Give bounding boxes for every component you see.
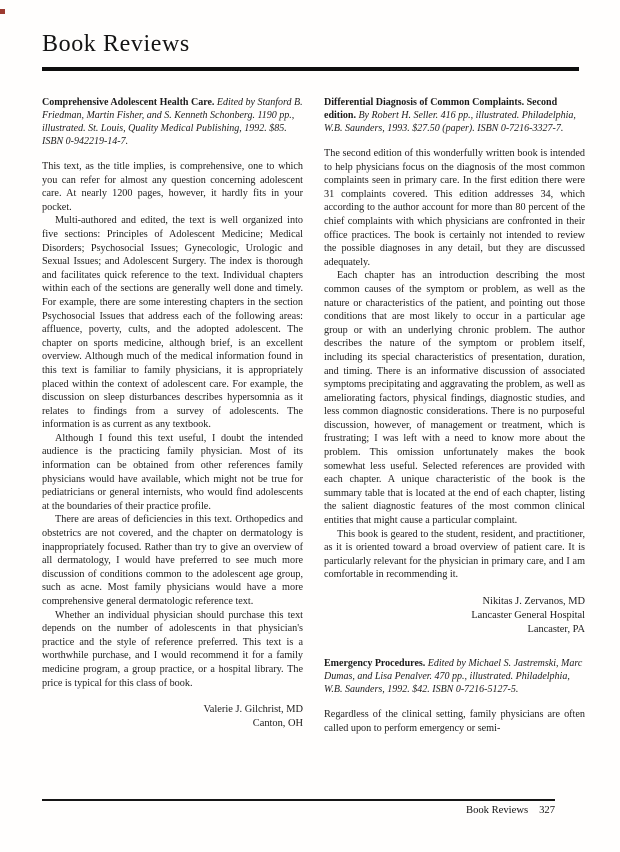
footer-page-number: 327: [539, 805, 555, 816]
reviewer-affiliation: Lancaster General Hospital: [324, 609, 585, 623]
reviewer-name: Nikitas J. Zervanos, MD: [324, 595, 585, 609]
reviewer-signature: Nikitas J. Zervanos, MD Lancaster Genera…: [324, 595, 585, 637]
review-paragraph: Multi-authored and edited, the text is w…: [42, 214, 303, 432]
title-divider-rule: [42, 67, 579, 71]
citation-book-title: Emergency Procedures.: [324, 658, 425, 669]
footer-section-label: Book Reviews: [466, 805, 528, 816]
book-citation: Differential Diagnosis of Common Complai…: [324, 96, 585, 135]
review-paragraph: Each chapter has an introduction describ…: [324, 269, 585, 527]
citation-book-title: Comprehensive Adolescent Health Care.: [42, 97, 214, 108]
review-paragraph: This book is geared to the student, resi…: [324, 528, 585, 582]
review-paragraph: Regardless of the clinical setting, fami…: [324, 708, 585, 735]
review-paragraph: There are areas of deficiencies in this …: [42, 513, 303, 608]
scan-artifact-mark: [0, 9, 5, 14]
two-column-body: Comprehensive Adolescent Health Care. Ed…: [42, 96, 585, 751]
review-paragraph: Whether an individual physician should p…: [42, 609, 303, 691]
page-title: Book Reviews: [42, 31, 190, 58]
left-column: Comprehensive Adolescent Health Care. Ed…: [42, 96, 303, 751]
page-footer: Book Reviews327: [42, 805, 555, 816]
footer-divider-rule: [42, 799, 555, 801]
reviewer-name: Valerie J. Gilchrist, MD: [42, 703, 303, 717]
reviewer-location: Canton, OH: [42, 717, 303, 731]
journal-page: Book Reviews Comprehensive Adolescent He…: [0, 0, 620, 852]
book-citation: Emergency Procedures. Edited by Michael …: [324, 657, 585, 696]
review-paragraph: The second edition of this wonderfully w…: [324, 147, 585, 269]
reviewer-signature: Valerie J. Gilchrist, MD Canton, OH: [42, 703, 303, 731]
book-citation: Comprehensive Adolescent Health Care. Ed…: [42, 96, 303, 148]
review-paragraph: This text, as the title implies, is comp…: [42, 160, 303, 214]
review-paragraph: Although I found this text useful, I dou…: [42, 432, 303, 514]
reviewer-location: Lancaster, PA: [324, 623, 585, 637]
citation-publication-details: By Robert H. Seller. 416 pp., illustrate…: [324, 110, 576, 134]
right-column: Differential Diagnosis of Common Complai…: [324, 96, 585, 751]
